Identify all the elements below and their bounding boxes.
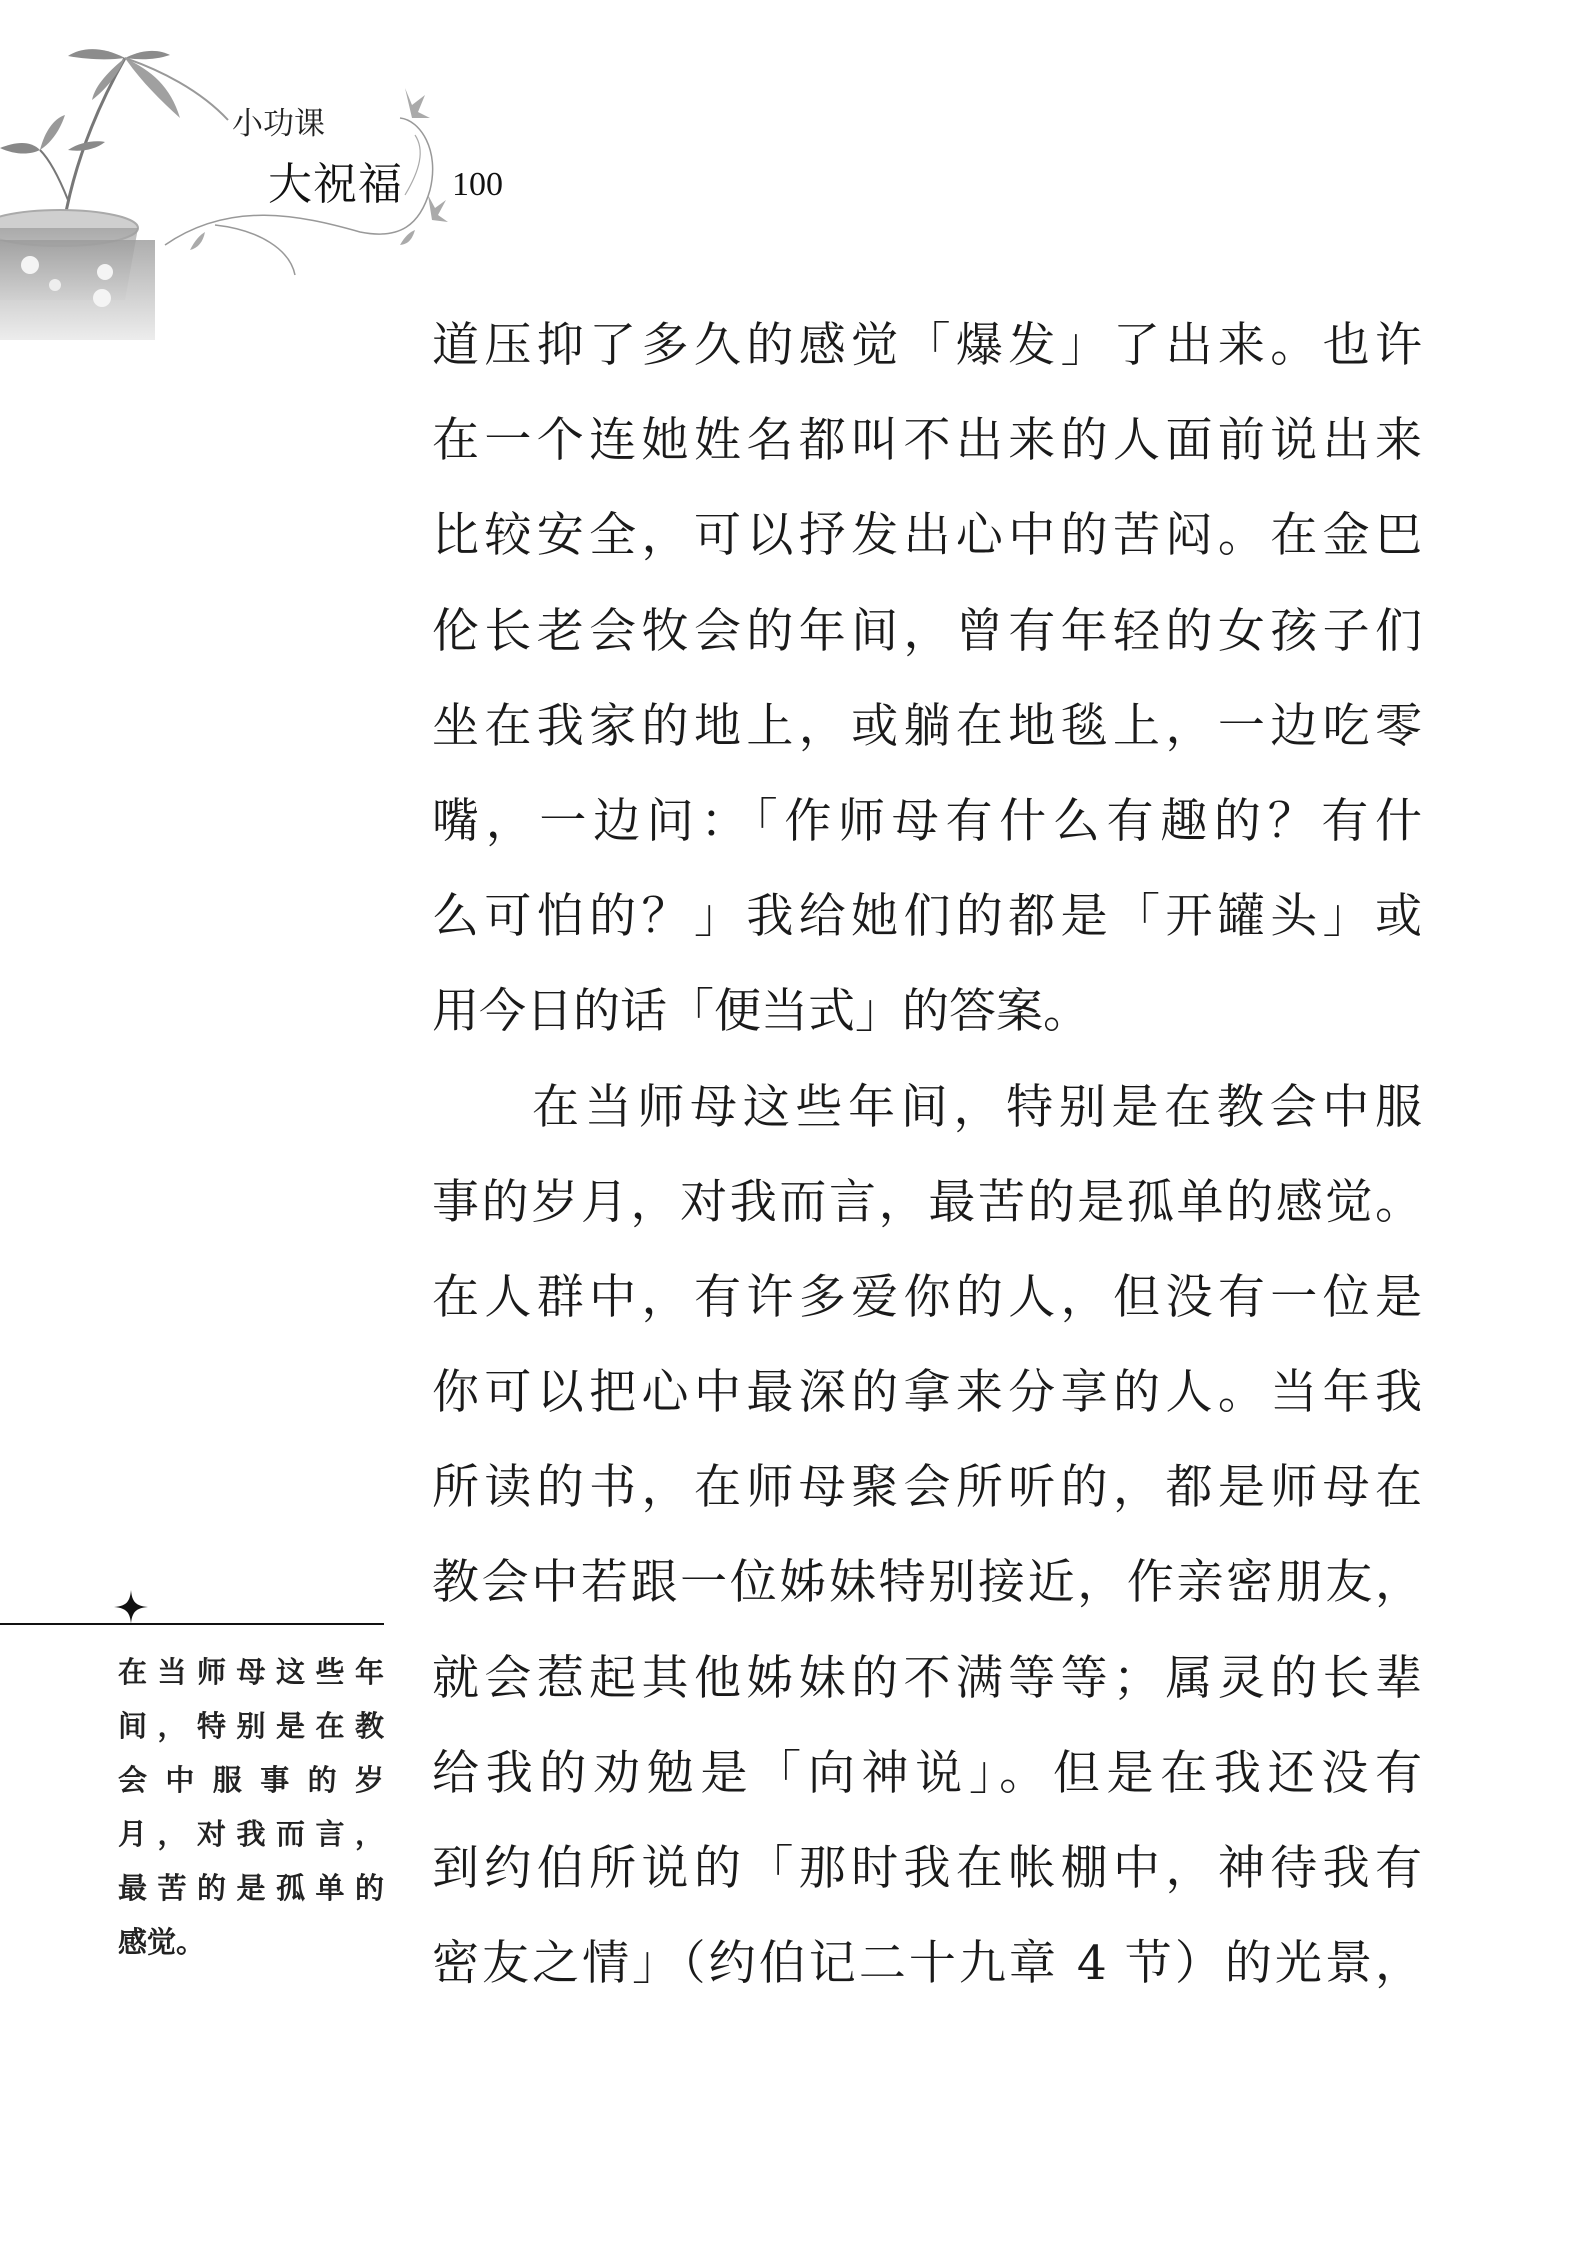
text-line: 道压抑了多久的感觉「爆发」了出来。也许 xyxy=(432,298,1422,393)
pull-quote-rule xyxy=(0,1623,384,1625)
pull-quote-line: 会中服事的岁 xyxy=(118,1753,384,1807)
text-line: 用今日的话「便当式」的答案。 xyxy=(432,964,1422,1059)
text-line: 事的岁月，对我而言，最苦的是孤单的感觉。 xyxy=(432,1155,1422,1250)
text-line: 坐在我家的地上，或躺在地毯上，一边吃零 xyxy=(432,679,1422,774)
book-title: 大祝福 xyxy=(268,148,403,212)
text-line: 教会中若跟一位姊妹特别接近，作亲密朋友， xyxy=(432,1535,1422,1630)
text-line: 比较安全，可以抒发出心中的苦闷。在金巴 xyxy=(432,488,1422,583)
text-line: 就会惹起其他姊妹的不满等等；属灵的长辈 xyxy=(432,1631,1422,1726)
text-line: 伦长老会牧会的年间，曾有年轻的女孩子们 xyxy=(432,584,1422,679)
text-line: 到约伯所说的「那时我在帐棚中，神待我有 xyxy=(432,1821,1422,1916)
pull-quote: 在当师母这些年 间，特别是在教 会中服事的岁 月，对我而言， 最苦的是孤单的 感… xyxy=(118,1645,384,1969)
series-title: 小功课 xyxy=(232,98,325,143)
text-line: 给我的劝勉是「向神说」。但是在我还没有 xyxy=(432,1726,1422,1821)
text-line: 在一个连她姓名都叫不出来的人面前说出来 xyxy=(432,393,1422,488)
pull-quote-line: 最苦的是孤单的 xyxy=(118,1861,384,1915)
text-line: 密友之情」（约伯记二十九章 4 节）的光景， xyxy=(432,1916,1422,2011)
pull-quote-line: 感觉。 xyxy=(118,1915,384,1969)
pull-quote-line: 在当师母这些年 xyxy=(118,1645,384,1699)
text-line: 么可怕的？」我给她们的都是「开罐头」或 xyxy=(432,869,1422,964)
text-line: 在当师母这些年间，特别是在教会中服 xyxy=(432,1060,1422,1155)
body-text: 道压抑了多久的感觉「爆发」了出来。也许 在一个连她姓名都叫不出来的人面前说出来 … xyxy=(432,298,1422,2011)
page-number: 100 xyxy=(452,166,503,204)
four-point-star-icon xyxy=(114,1590,148,1624)
pull-quote-line: 间，特别是在教 xyxy=(118,1699,384,1753)
text-line: 在人群中，有许多爱你的人，但没有一位是 xyxy=(432,1250,1422,1345)
text-line: 你可以把心中最深的拿来分享的人。当年我 xyxy=(432,1345,1422,1440)
text-line: 所读的书，在师母聚会所听的，都是师母在 xyxy=(432,1440,1422,1535)
pull-quote-line: 月，对我而言， xyxy=(118,1807,384,1861)
text-line: 嘴，一边问：「作师母有什么有趣的？有什 xyxy=(432,774,1422,869)
